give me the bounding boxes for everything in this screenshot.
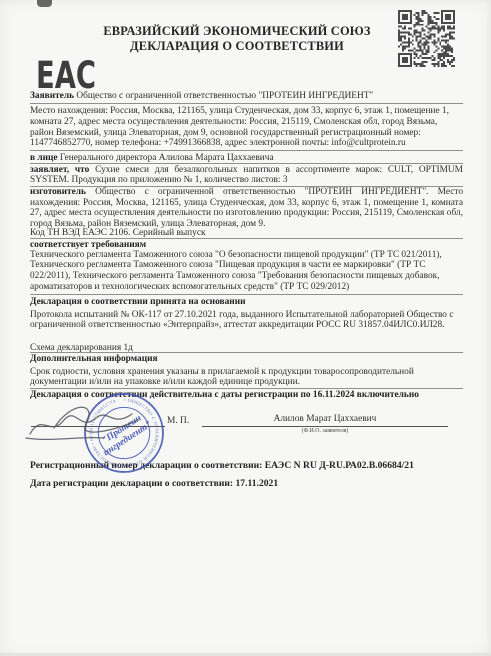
- compliance-text: Технического регламента Таможенного союз…: [30, 250, 463, 293]
- basis-text: Протокола испытаний № ОК-117 от 27.10.20…: [30, 310, 463, 332]
- additional-info-text: Срок годности, условия хранения указаны …: [30, 367, 463, 388]
- manufacturer-value: Общество с ограниченной ответственностью…: [30, 187, 463, 229]
- applicant-row: Заявитель Общество с ограниченной ответс…: [30, 91, 463, 102]
- applicant-name-caption: (Ф.И.О. заявителя): [202, 428, 448, 435]
- divider: [30, 150, 463, 151]
- applicant-value: Общество с ограниченной ответственностью…: [76, 91, 373, 101]
- divider: [30, 352, 463, 353]
- divider: [30, 163, 463, 164]
- scan-artifact: [37, 0, 52, 7]
- title-line-1: ЕВРАЗИЙСКИЙ ЭКОНОМИЧЕСКИЙ СОЮЗ: [55, 24, 419, 39]
- registration-date-line: Дата регистрации декларации о соответств…: [30, 478, 470, 489]
- title-line-2: ДЕКЛАРАЦИЯ О СООТВЕТСТВИИ: [55, 39, 419, 54]
- representative-value: Генерального директора Алилова Марата Ца…: [60, 153, 274, 163]
- representative-label: в лице: [30, 153, 58, 163]
- basis-header: Декларация о соответствии принята на осн…: [30, 297, 463, 308]
- signature-scribble: [20, 398, 170, 446]
- manufacturer-row: изготовитель Общество с ограниченной отв…: [30, 187, 463, 229]
- declares-value: Сухие смеси для безалкогольных напитков …: [30, 165, 463, 186]
- divider: [30, 294, 463, 295]
- svg-text:ЕАС: ЕАС: [36, 55, 96, 93]
- manufacturer-label: изготовитель: [30, 187, 86, 197]
- divider: [30, 103, 463, 104]
- declaration-document: ЕАС ЕВРАЗИЙСКИЙ ЭКОНОМИЧЕСКИЙ СОЮЗ ДЕКЛА…: [0, 0, 491, 656]
- applicant-address: Место нахождения: Россия, Москва, 121165…: [30, 106, 463, 149]
- stamp-place-label: М. П.: [167, 416, 189, 426]
- qr-code-icon: [398, 10, 455, 67]
- divider: [30, 238, 463, 239]
- document-title: ЕВРАЗИЙСКИЙ ЭКОНОМИЧЕСКИЙ СОЮЗ ДЕКЛАРАЦИ…: [55, 24, 419, 53]
- applicant-name-block: Алилов Марат Цаххаевич (Ф.И.О. заявителя…: [202, 414, 448, 435]
- applicant-label: Заявитель: [30, 91, 74, 101]
- additional-info-header: Дополнительная информация: [30, 354, 463, 365]
- applicant-name: Алилов Марат Цаххаевич: [202, 414, 448, 427]
- declaration-subject: заявляет, что Сухие смеси для безалкогол…: [30, 165, 463, 186]
- declares-label: заявляет, что: [30, 165, 89, 175]
